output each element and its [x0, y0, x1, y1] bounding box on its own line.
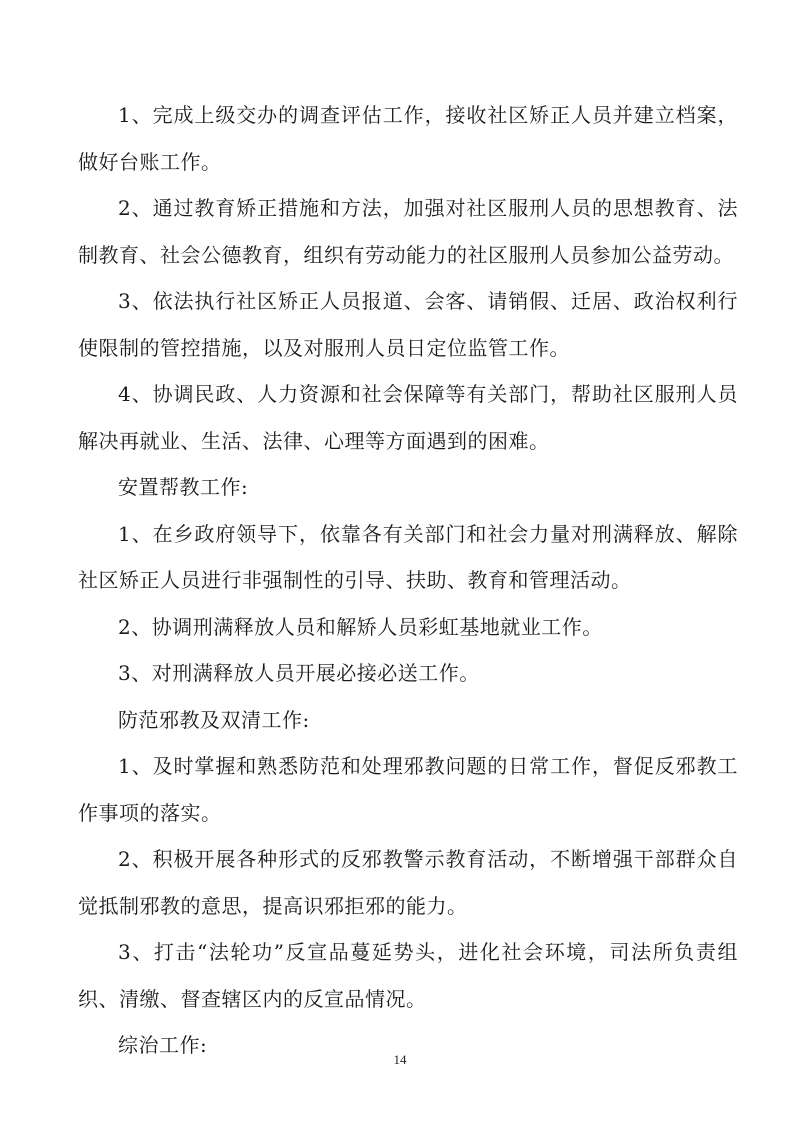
- paragraph-resettlement-item-1: 1、在乡政府领导下，依靠各有关部门和社会力量对刑满释放、解除社区矫正人员进行非强…: [78, 511, 738, 604]
- section-heading-cult-prevention: 防范邪教及双清工作:: [78, 697, 738, 744]
- section-heading-resettlement: 安置帮教工作:: [78, 464, 738, 511]
- paragraph-cult-item-1: 1、及时掌握和熟悉防范和处理邪教问题的日常工作，督促反邪教工作事项的落实。: [78, 743, 738, 836]
- paragraph-cult-item-3: 3、打击“法轮功”反宣品蔓延势头，进化社会环境，司法所负责组织、清缴、督查辖区内…: [78, 929, 738, 1022]
- document-body: 1、完成上级交办的调查评估工作，接收社区矫正人员并建立档案，做好台账工作。 2、…: [78, 92, 738, 1069]
- paragraph-cult-item-2: 2、积极开展各种形式的反邪教警示教育活动，不断增强干部群众自觉抵制邪教的意思，提…: [78, 836, 738, 929]
- paragraph-correction-item-4: 4、协调民政、人力资源和社会保障等有关部门，帮助社区服刑人员解决再就业、生活、法…: [78, 371, 738, 464]
- paragraph-correction-item-2: 2、通过教育矫正措施和方法，加强对社区服刑人员的思想教育、法制教育、社会公德教育…: [78, 185, 738, 278]
- paragraph-resettlement-item-2: 2、协调刑满释放人员和解矫人员彩虹基地就业工作。: [78, 604, 738, 651]
- paragraph-correction-item-1: 1、完成上级交办的调查评估工作，接收社区矫正人员并建立档案，做好台账工作。: [78, 92, 738, 185]
- page-number: 14: [0, 1052, 800, 1068]
- paragraph-resettlement-item-3: 3、对刑满释放人员开展必接必送工作。: [78, 650, 738, 697]
- paragraph-correction-item-3: 3、依法执行社区矫正人员报道、会客、请销假、迁居、政治权利行使限制的管控措施，以…: [78, 278, 738, 371]
- document-page: 1、完成上级交办的调查评估工作，接收社区矫正人员并建立档案，做好台账工作。 2、…: [0, 0, 800, 1132]
